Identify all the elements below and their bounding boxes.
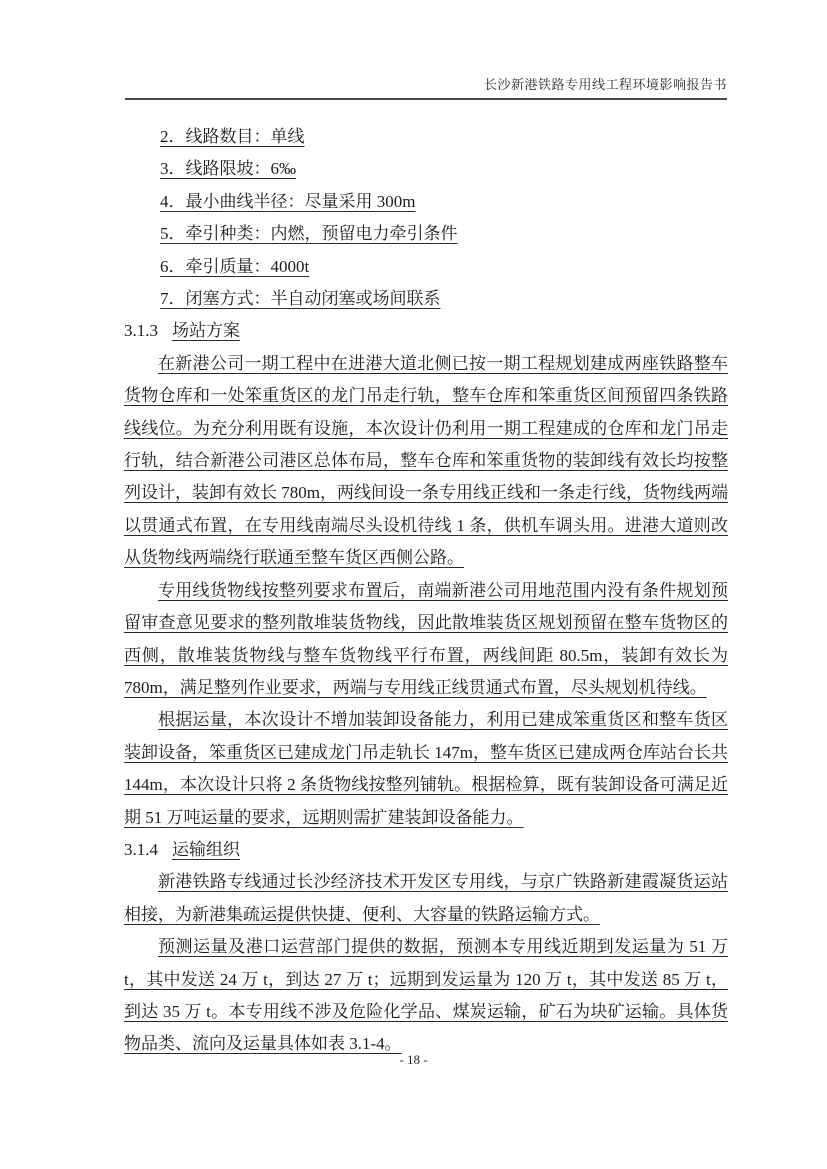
design-standard-item-text: 5．牵引种类：内燃，预留电力牵引条件 bbox=[160, 224, 458, 243]
page-header: 长沙新港铁路专用线工程环境影响报告书 bbox=[125, 74, 727, 100]
paragraph: 专用线货物线按整列要求布置后，南端新港公司用地范围内没有条件规划预留审查意见要求… bbox=[124, 575, 728, 705]
design-standard-item-text: 7．闭塞方式：半自动闭塞或场间联系 bbox=[160, 289, 441, 308]
design-standard-item-2: 2．线路数目：单线 bbox=[124, 121, 728, 153]
section-title: 运输组织 bbox=[172, 840, 240, 859]
paragraph: 新港铁路专线通过长沙经济技术开发区专用线，与京广铁路新建霞凝货运站相接，为新港集… bbox=[124, 866, 728, 931]
design-standard-item-5: 5．牵引种类：内燃，预留电力牵引条件 bbox=[124, 218, 728, 250]
section-heading-3-1-3: 3.1.3场站方案 bbox=[124, 315, 728, 347]
design-standard-item-text: 4．最小曲线半径：尽量采用 300m bbox=[160, 192, 415, 211]
design-standard-item-text: 2．线路数目：单线 bbox=[160, 127, 305, 146]
document-page: 长沙新港铁路专用线工程环境影响报告书 2．线路数目：单线 3．线路限坡：6‰ 4… bbox=[0, 0, 827, 1169]
section-number: 3.1.3 bbox=[124, 315, 158, 347]
section-number: 3.1.4 bbox=[124, 834, 158, 866]
section-title: 场站方案 bbox=[172, 321, 240, 340]
section-heading-3-1-4: 3.1.4运输组织 bbox=[124, 834, 728, 866]
design-standard-item-6: 6．牵引质量：4000t bbox=[124, 251, 728, 283]
design-standard-item-text: 3．线路限坡：6‰ bbox=[160, 159, 296, 178]
page-footer: - 18 - bbox=[0, 1052, 827, 1068]
header-title: 长沙新港铁路专用线工程环境影响报告书 bbox=[484, 77, 727, 92]
paragraph: 根据运量，本次设计不增加装卸设备能力，利用已建成笨重货区和整车货区装卸设备，笨重… bbox=[124, 704, 728, 834]
page-number: - 18 - bbox=[399, 1052, 427, 1067]
paragraph: 在新港公司一期工程中在进港大道北侧已按一期工程规划建成两座铁路整车货物仓库和一处… bbox=[124, 348, 728, 575]
design-standard-item-text: 6．牵引质量：4000t bbox=[160, 257, 309, 276]
paragraph: 预测运量及港口运营部门提供的数据，预测本专用线近期到发运量为 51 万 t，其中… bbox=[124, 931, 728, 1061]
design-standard-item-7: 7．闭塞方式：半自动闭塞或场间联系 bbox=[124, 283, 728, 315]
design-standard-item-3: 3．线路限坡：6‰ bbox=[124, 153, 728, 185]
document-body: 2．线路数目：单线 3．线路限坡：6‰ 4．最小曲线半径：尽量采用 300m 5… bbox=[124, 121, 728, 1061]
design-standard-item-4: 4．最小曲线半径：尽量采用 300m bbox=[124, 186, 728, 218]
